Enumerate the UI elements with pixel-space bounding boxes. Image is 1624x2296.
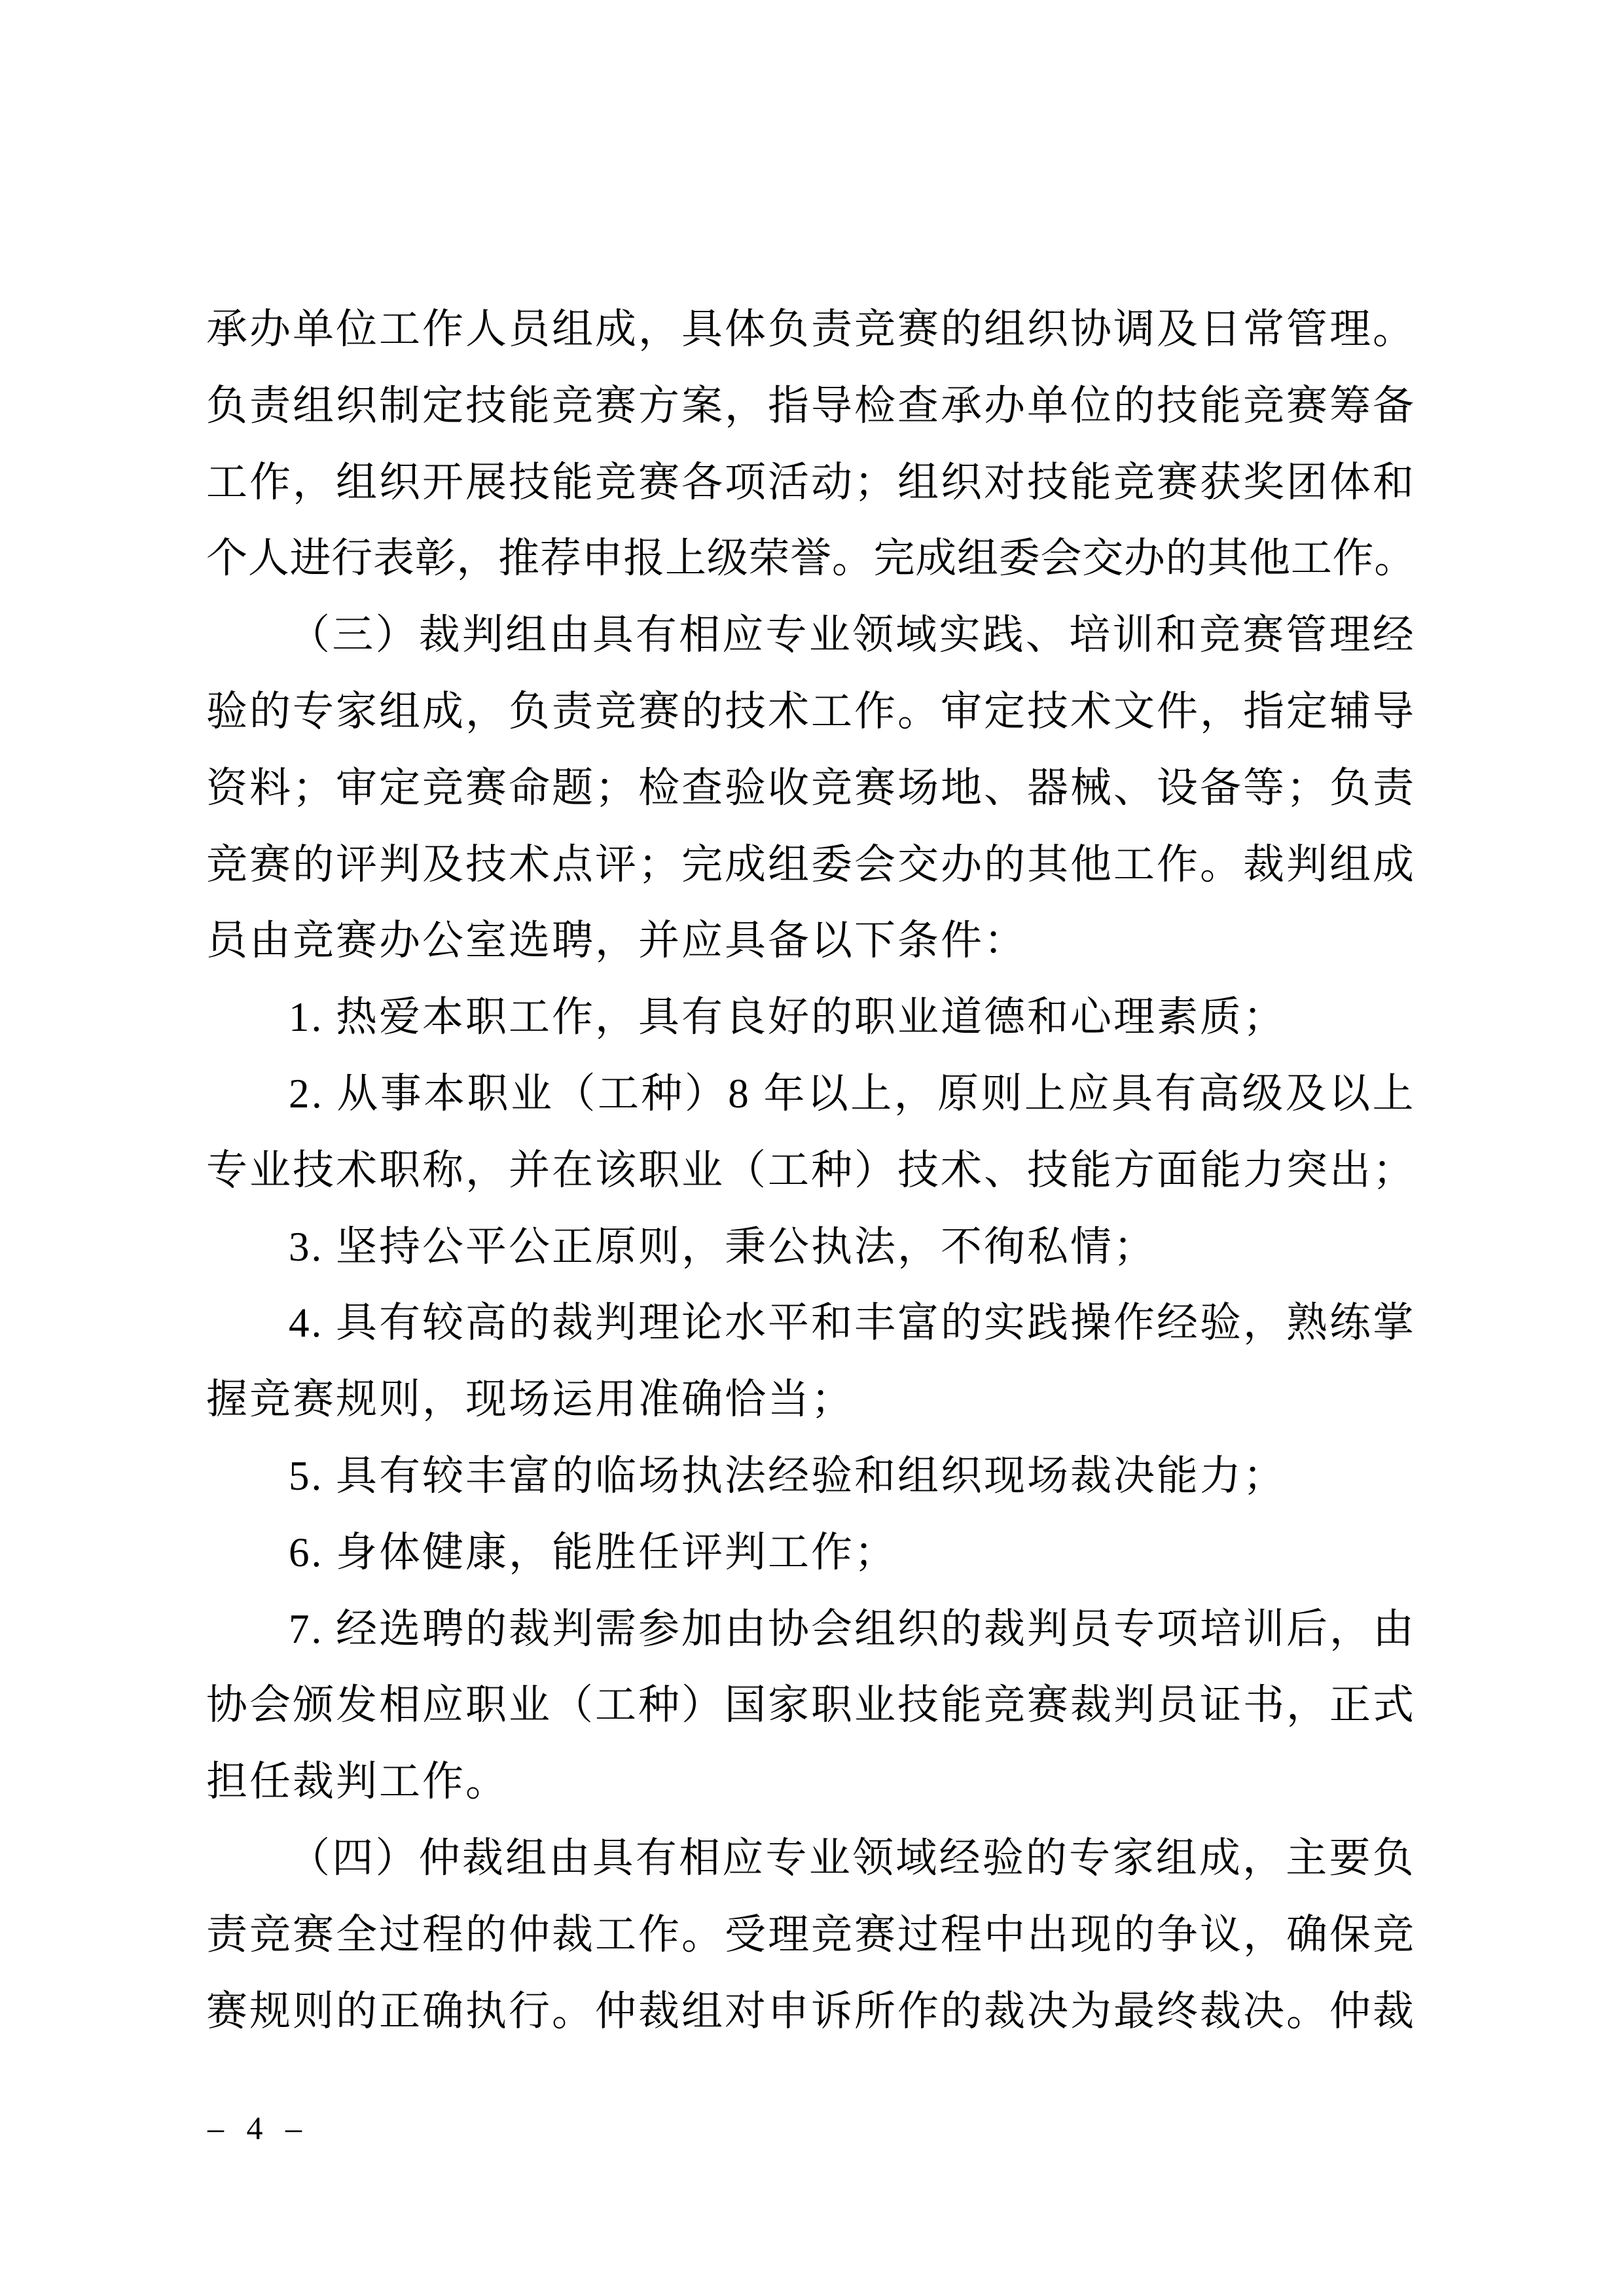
text-line: 负责组织制定技能竞赛方案，指导检查承办单位的技能竞赛筹备 <box>206 368 1416 444</box>
text-line: 专业技术职称，并在该职业（工种）技术、技能方面能力突出； <box>206 1132 1416 1209</box>
text-line: 2. 从事本职业（工种）8 年以上，原则上应具有高级及以上 <box>206 1056 1416 1132</box>
text-line: 承办单位工作人员组成，具体负责竞赛的组织协调及日常管理。 <box>206 291 1416 368</box>
text-line: 员由竞赛办公室选聘，并应具备以下条件： <box>206 903 1416 979</box>
document-body: 承办单位工作人员组成，具体负责竞赛的组织协调及日常管理。负责组织制定技能竞赛方案… <box>206 291 1416 2049</box>
text-line: 赛规则的正确执行。仲裁组对申诉所作的裁决为最终裁决。仲裁 <box>206 1973 1416 2050</box>
page-number: – 4 – <box>208 2111 309 2144</box>
text-line: （四）仲裁组由具有相应专业领域经验的专家组成，主要负 <box>206 1820 1416 1897</box>
text-line: 责竞赛全过程的仲裁工作。受理竞赛过程中出现的争议，确保竞 <box>206 1897 1416 1973</box>
text-line: 协会颁发相应职业（工种）国家职业技能竞赛裁判员证书，正式 <box>206 1667 1416 1744</box>
text-line: 3. 坚持公平公正原则，秉公执法，不徇私情； <box>206 1209 1416 1285</box>
text-line: 7. 经选聘的裁判需参加由协会组织的裁判员专项培训后，由 <box>206 1591 1416 1668</box>
text-line: 1. 热爱本职工作，具有良好的职业道德和心理素质； <box>206 979 1416 1056</box>
text-line: 6. 身体健康，能胜任评判工作； <box>206 1515 1416 1591</box>
text-line: 4. 具有较高的裁判理论水平和丰富的实践操作经验，熟练掌 <box>206 1285 1416 1361</box>
text-line: 验的专家组成，负责竞赛的技术工作。审定技术文件，指定辅导 <box>206 673 1416 750</box>
text-line: 5. 具有较丰富的临场执法经验和组织现场裁决能力； <box>206 1438 1416 1515</box>
text-line: 个人进行表彰，推荐申报上级荣誉。完成组委会交办的其他工作。 <box>206 520 1416 597</box>
text-line: 资料；审定竞赛命题；检查验收竞赛场地、器械、设备等；负责 <box>206 750 1416 827</box>
text-line: 竞赛的评判及技术点评；完成组委会交办的其他工作。裁判组成 <box>206 827 1416 903</box>
text-line: 担任裁判工作。 <box>206 1744 1416 1820</box>
text-line: 工作，组织开展技能竞赛各项活动；组织对技能竞赛获奖团体和 <box>206 444 1416 521</box>
text-line: （三）裁判组由具有相应专业领域实践、培训和竞赛管理经 <box>206 597 1416 673</box>
text-line: 握竞赛规则，现场运用准确恰当； <box>206 1361 1416 1438</box>
